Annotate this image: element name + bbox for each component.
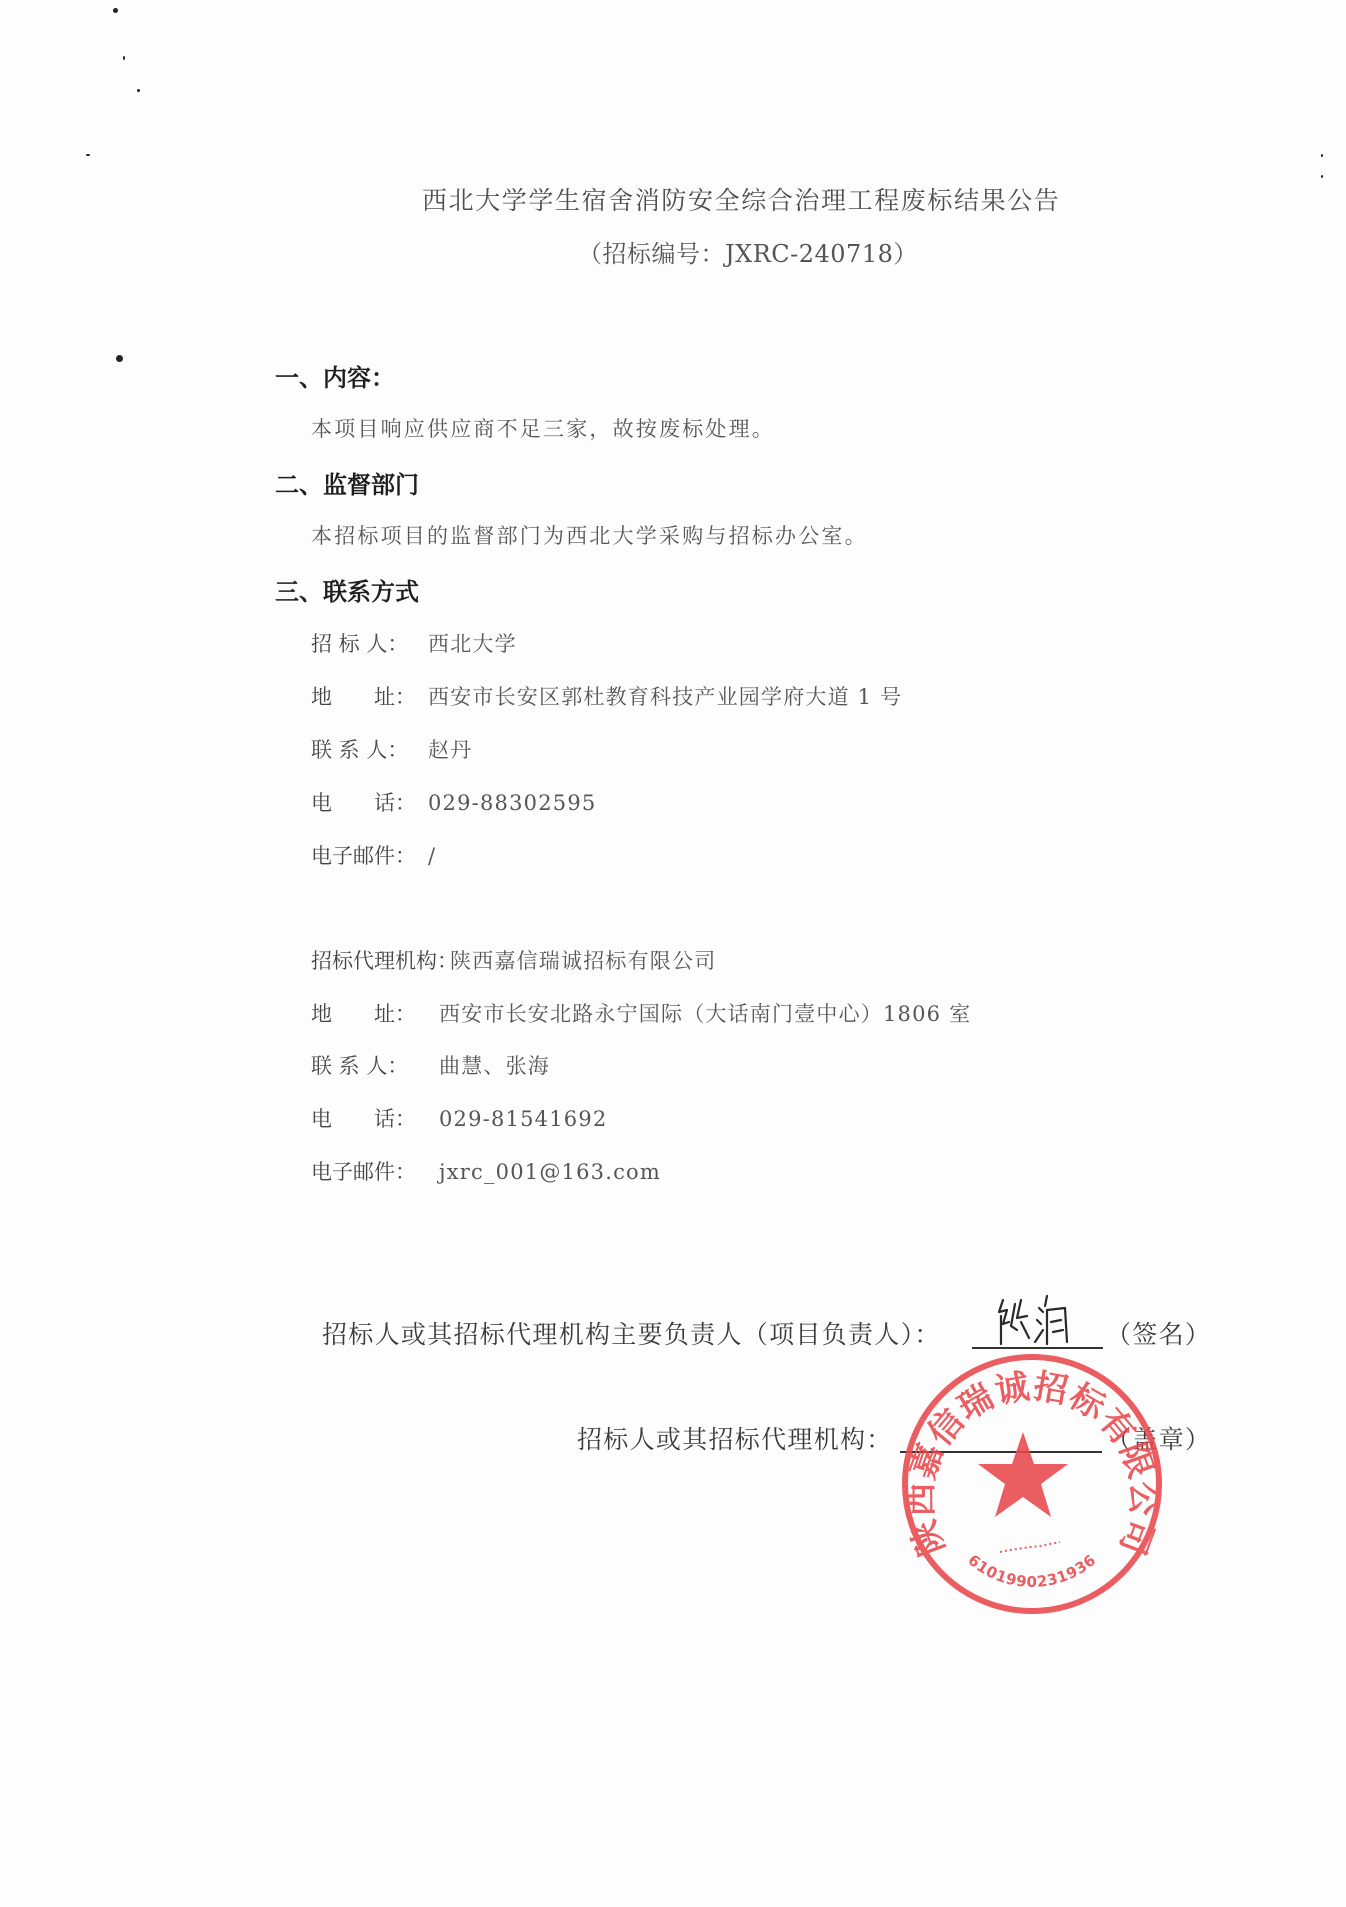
field-value: jxrc_001@163.com xyxy=(439,1162,661,1183)
field-value: 赵丹 xyxy=(428,740,472,761)
field-value: 西安市长安区郭杜教育科技产业园学府大道 1 号 xyxy=(428,687,902,708)
scan-speck xyxy=(86,154,90,156)
field-value: 029-81541692 xyxy=(439,1109,607,1130)
tenderer-row-phone: 电 话： 029-88302595 xyxy=(311,793,596,814)
svg-text:6101990231936: 6101990231936 xyxy=(965,1551,1100,1591)
tenderer-row-contact: 联 系 人： 赵丹 xyxy=(311,740,472,761)
section-heading-content: 一、内容： xyxy=(275,366,395,390)
field-value: / xyxy=(428,846,436,867)
field-label: 地 址： xyxy=(311,687,428,708)
scan-speck xyxy=(113,8,118,13)
field-label: 联 系 人： xyxy=(311,1056,439,1077)
handwritten-signature xyxy=(995,1286,1075,1348)
field-value: 029-88302595 xyxy=(428,793,596,814)
signature-line1-suffix: （签名） xyxy=(1106,1322,1211,1347)
scan-speck xyxy=(1321,154,1323,157)
section-heading-supervision: 二、监督部门 xyxy=(275,473,419,497)
field-label: 地 址： xyxy=(311,1004,439,1025)
field-value: 西北大学 xyxy=(428,634,517,655)
agency-row-name: 招标代理机构： 陕西嘉信瑞诚招标有限公司 xyxy=(311,951,716,972)
scan-speck xyxy=(123,56,125,60)
document-title: 西北大学学生宿舍消防安全综合治理工程废标结果公告 xyxy=(422,188,1060,213)
field-value: 西安市长安北路永宁国际（大话南门壹中心）1806 室 xyxy=(439,1004,971,1025)
agency-row-address: 地 址： 西安市长安北路永宁国际（大话南门壹中心）1806 室 xyxy=(311,1004,971,1025)
field-label: 电子邮件： xyxy=(311,846,428,867)
document-subtitle: （招标编号：JXRC-240718） xyxy=(578,242,918,266)
signature-line1-label: 招标人或其招标代理机构主要负责人（项目负责人）： xyxy=(322,1322,941,1347)
field-label: 联 系 人： xyxy=(311,740,428,761)
field-label: 招标代理机构： xyxy=(311,951,450,972)
tenderer-row-address: 地 址： 西安市长安区郭杜教育科技产业园学府大道 1 号 xyxy=(311,687,902,708)
section-body-content: 本项目响应供应商不足三家，故按废标处理。 xyxy=(311,419,775,440)
tenderer-row-email: 电子邮件： / xyxy=(311,846,436,867)
agency-row-contact: 联 系 人： 曲慧、张海 xyxy=(311,1056,550,1077)
signature-line2-label: 招标人或其招标代理机构： xyxy=(577,1427,893,1452)
section-heading-contact: 三、联系方式 xyxy=(275,580,419,604)
field-label: 电 话： xyxy=(311,793,428,814)
scan-speck xyxy=(1321,175,1323,178)
field-value: 曲慧、张海 xyxy=(439,1056,550,1077)
field-value: 陕西嘉信瑞诚招标有限公司 xyxy=(450,951,716,972)
seal-code-text: 6101990231936 xyxy=(965,1551,1100,1591)
section-body-supervision: 本招标项目的监督部门为西北大学采购与招标办公室。 xyxy=(311,526,868,547)
scan-speck xyxy=(137,89,140,92)
field-label: 电子邮件： xyxy=(311,1162,439,1183)
agency-row-phone: 电 话： 029-81541692 xyxy=(311,1109,607,1130)
company-seal-icon: 陕西嘉信瑞诚招标有限公司 6101990231936 xyxy=(900,1352,1164,1616)
field-label: 电 话： xyxy=(311,1109,439,1130)
tenderer-row-name: 招 标 人： 西北大学 xyxy=(311,634,517,655)
scan-speck xyxy=(116,355,123,362)
agency-row-email: 电子邮件： jxrc_001@163.com xyxy=(311,1162,661,1183)
field-label: 招 标 人： xyxy=(311,634,428,655)
